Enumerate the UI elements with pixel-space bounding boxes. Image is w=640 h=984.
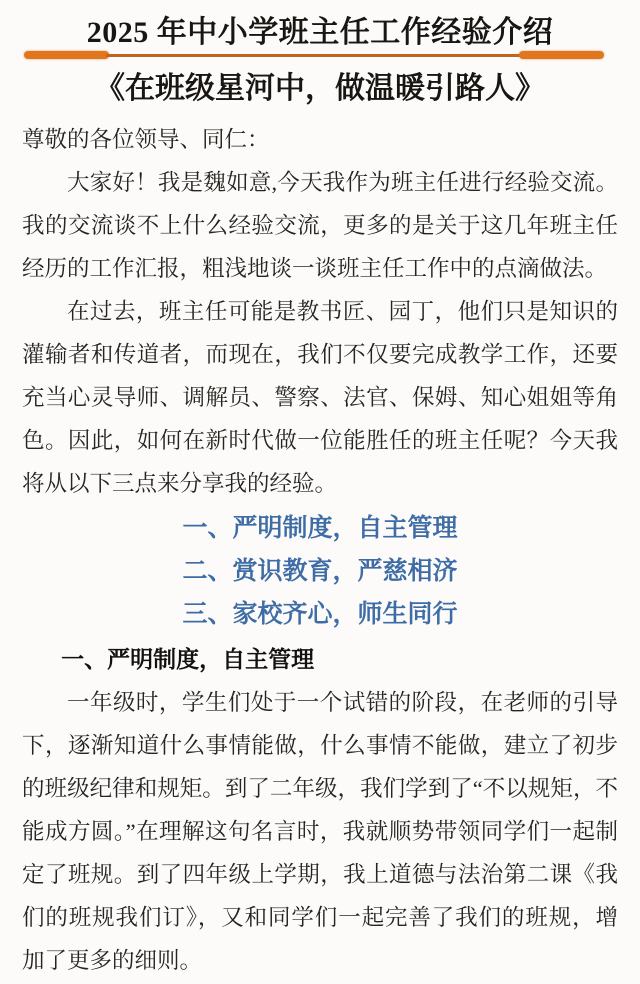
divider-thin-line — [106, 54, 522, 57]
divider-bar-left — [24, 51, 109, 59]
intro-paragraph: 大家好！我是魏如意,今天我作为班主任进行经验交流。我的交流谈不上什么经验交流，更… — [22, 161, 618, 290]
agenda-item: 二、赏识教育，严慈相济 — [22, 550, 618, 593]
agenda-list: 一、严明制度，自主管理 二、赏识教育，严慈相济 三、家校齐心，师生同行 — [22, 505, 618, 637]
agenda-item: 一、严明制度，自主管理 — [22, 507, 618, 550]
intro-paragraph: 在过去，班主任可能是教书匠、园丁，他们只是知识的灌输者和传道者，而现在，我们不仅… — [22, 290, 618, 505]
document-subtitle: 《在班级星河中，做温暖引路人》 — [0, 69, 640, 109]
section-heading: 一、严明制度，自主管理 — [22, 637, 618, 681]
divider-bar-right — [519, 51, 604, 59]
section-paragraph: 一年级时，学生们处于一个试错的阶段，在老师的引导下，逐渐知道什么事情能做，什么事… — [22, 681, 618, 982]
document-page: 2025 年中小学班主任工作经验介绍 《在班级星河中，做温暖引路人》 尊敬的各位… — [0, 0, 640, 984]
agenda-item: 三、家校齐心，师生同行 — [22, 593, 618, 636]
page-title: 2025 年中小学班主任工作经验介绍 — [0, 13, 640, 53]
document-body: 尊敬的各位领导、同仁： 大家好！我是魏如意,今天我作为班主任进行经验交流。我的交… — [0, 109, 640, 982]
salutation: 尊敬的各位领导、同仁： — [22, 118, 618, 161]
